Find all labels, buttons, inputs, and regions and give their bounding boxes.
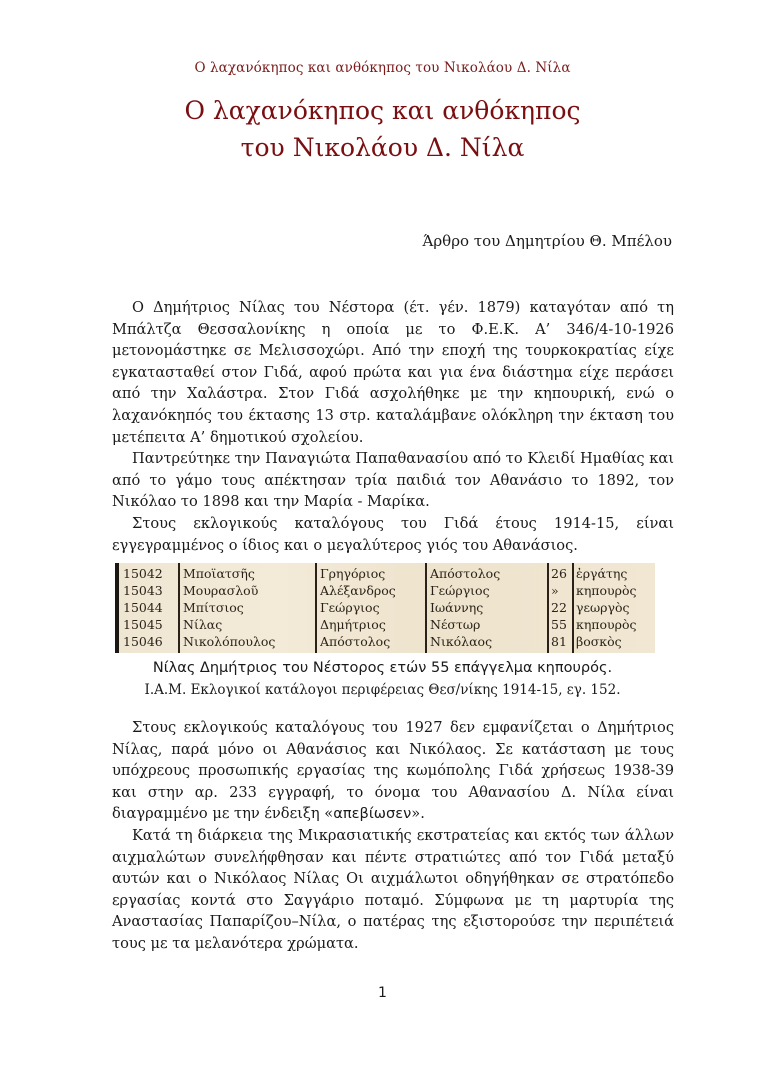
scan-column-father-name: Απόστολος Γεώργιος Ιωάννης Νέστωρ Νικόλα… <box>430 565 500 650</box>
scan-cell: Μποϊατσῆς <box>183 565 275 582</box>
scan-cell: Νίλας <box>183 616 275 633</box>
scan-column-number: 15042 15043 15044 15045 15046 <box>123 565 163 650</box>
scan-cell: Ιωάννης <box>430 599 500 616</box>
body-text-bottom: Στους εκλογικούς καταλόγους του 1927 δεν… <box>112 717 674 955</box>
scan-column-rule <box>572 563 574 653</box>
scan-cell: 55 <box>551 616 567 633</box>
scan-cell: Νικολόπουλος <box>183 633 275 650</box>
scan-cell: 15046 <box>123 633 163 650</box>
scan-column-occupation: ἐργάτης κηπουρὸς γεωργὸς κηπουρὸς βοσκὸς <box>576 565 637 650</box>
scan-column-surname: Μποϊατσῆς Μουρασλοῦ Μπίτσιος Νίλας Νικολ… <box>183 565 275 650</box>
scan-cell: βοσκὸς <box>576 633 637 650</box>
scan-cell: κηπουρὸς <box>576 616 637 633</box>
scan-cell: » <box>551 582 567 599</box>
scan-cell: Δημήτριος <box>320 616 396 633</box>
scan-cell: 15043 <box>123 582 163 599</box>
page-number: 1 <box>0 985 765 1001</box>
scan-cell: Νέστωρ <box>430 616 500 633</box>
figure-source: Ι.Α.Μ. Εκλογικοί κατάλογοι περιφέρειας Θ… <box>0 682 765 698</box>
scan-cell: Γεώργιος <box>430 582 500 599</box>
scan-cell: 22 <box>551 599 567 616</box>
paragraph: Στους εκλογικούς καταλόγους του Γιδά έτο… <box>112 513 674 556</box>
scan-column-rule <box>315 563 317 653</box>
paragraph: Στους εκλογικούς καταλόγους του 1927 δεν… <box>112 717 674 825</box>
scan-column-rule <box>178 563 180 653</box>
scan-cell: Απόστολος <box>320 633 396 650</box>
paragraph: Παντρεύτηκε την Παναγιώτα Παπαθανασίου α… <box>112 448 674 513</box>
paragraph-text: ». <box>411 805 425 822</box>
scan-cell: Μπίτσιος <box>183 599 275 616</box>
scan-column-first-name: Γρηγόριος Αλέξανδρος Γεώργιος Δημήτριος … <box>320 565 396 650</box>
scan-cell: ἐργάτης <box>576 565 637 582</box>
author-line: Άρθρο του Δημητρίου Θ. Μπέλου <box>423 232 672 250</box>
quoted-term: απεβίωσεν <box>333 805 411 822</box>
paragraph: Ο Δημήτριος Νίλας του Νέστορα (έτ. γέν. … <box>112 297 674 448</box>
article-title: Ο λαχανόκηπος και ανθόκηπος του Νικολάου… <box>0 92 765 166</box>
title-line-2: του Νικολάου Δ. Νίλα <box>0 129 765 166</box>
scan-cell: Αλέξανδρος <box>320 582 396 599</box>
scan-cell: γεωργὸς <box>576 599 637 616</box>
scan-cell: Απόστολος <box>430 565 500 582</box>
scan-cell: Γεώργιος <box>320 599 396 616</box>
scan-cell: Νικόλαος <box>430 633 500 650</box>
scan-cell: 15045 <box>123 616 163 633</box>
body-text-top: Ο Δημήτριος Νίλας του Νέστορα (έτ. γέν. … <box>112 297 674 556</box>
scan-column-age: 26 » 22 55 81 <box>551 565 567 650</box>
scan-cell: 81 <box>551 633 567 650</box>
electoral-register-scan: 15042 15043 15044 15045 15046 Μποϊατσῆς … <box>115 563 655 653</box>
scan-cell: 26 <box>551 565 567 582</box>
title-line-1: Ο λαχανόκηπος και ανθόκηπος <box>0 92 765 129</box>
scan-column-rule <box>547 563 549 653</box>
scan-cell: κηπουρὸς <box>576 582 637 599</box>
scan-cell: 15042 <box>123 565 163 582</box>
scan-cell: Μουρασλοῦ <box>183 582 275 599</box>
scan-cell: Γρηγόριος <box>320 565 396 582</box>
running-header: Ο λαχανόκηπος και ανθόκηπος του Νικολάου… <box>0 60 765 76</box>
figure-caption: Νίλας Δημήτριος του Νέστορος ετών 55 επά… <box>0 660 765 676</box>
scan-cell: 15044 <box>123 599 163 616</box>
paragraph: Κατά τη διάρκεια της Μικρασιατικής εκστρ… <box>112 825 674 955</box>
scan-column-rule <box>425 563 427 653</box>
scan-binding-edge <box>115 563 119 653</box>
